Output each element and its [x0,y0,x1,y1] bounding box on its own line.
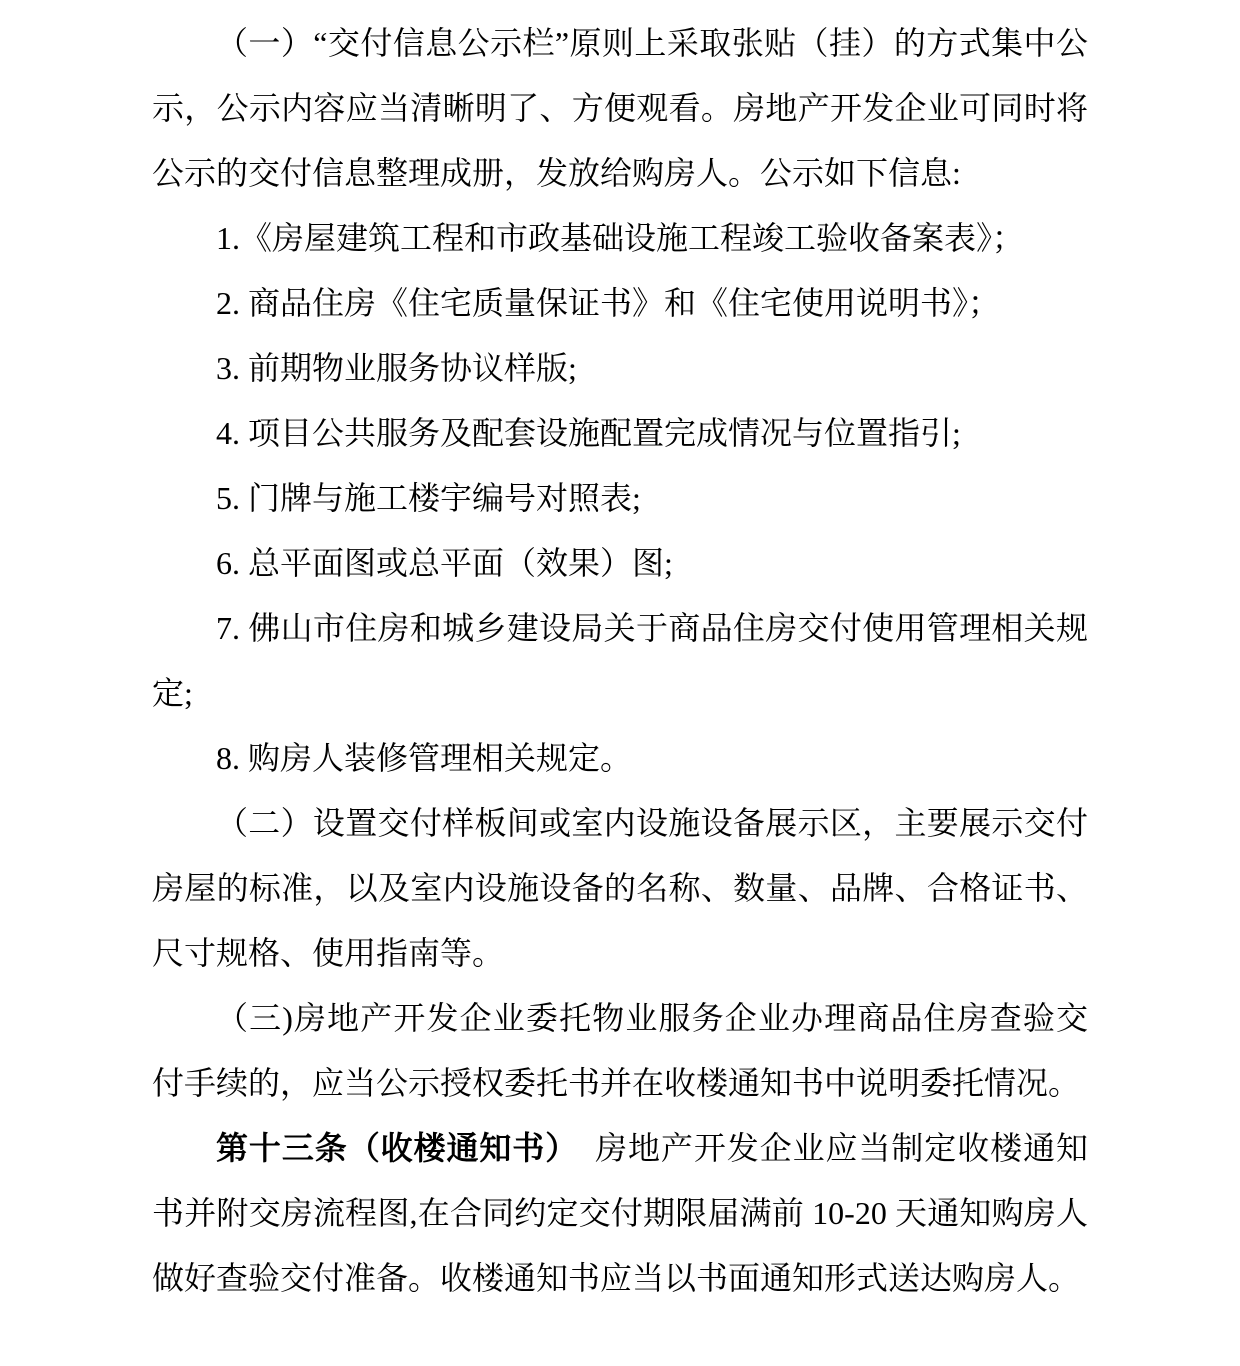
list-item-3: 3. 前期物业服务协议样版; [152,336,1088,401]
paragraph-section-1-intro: （一）“交付信息公示栏”原则上采取张贴（挂）的方式集中公示，公示内容应当清晰明了… [152,11,1088,206]
list-item-4: 4. 项目公共服务及配套设施配置完成情况与位置指引; [152,401,1088,466]
paragraph-section-2: （二）设置交付样板间或室内设施设备展示区，主要展示交付房屋的标准，以及室内设施设… [152,791,1088,986]
paragraph-article-13: 第十三条（收楼通知书） 房地产开发企业应当制定收楼通知书并附交房流程图,在合同约… [152,1116,1088,1311]
list-item-5: 5. 门牌与施工楼宇编号对照表; [152,466,1088,531]
list-item-8: 8. 购房人装修管理相关规定。 [152,726,1088,791]
list-item-2: 2. 商品住房《住宅质量保证书》和《住宅使用说明书》； [152,271,1088,336]
paragraph-section-3: （三)房地产开发企业委托物业服务企业办理商品住房查验交付手续的，应当公示授权委托… [152,986,1088,1116]
document-content: （一）“交付信息公示栏”原则上采取张贴（挂）的方式集中公示，公示内容应当清晰明了… [152,11,1088,1311]
list-item-1: 1.《房屋建筑工程和市政基础设施工程竣工验收备案表》； [152,206,1088,271]
document-page: （一）“交付信息公示栏”原则上采取张贴（挂）的方式集中公示，公示内容应当清晰明了… [0,0,1240,1366]
list-item-7: 7. 佛山市住房和城乡建设局关于商品住房交付使用管理相关规定; [152,596,1088,726]
list-item-6: 6. 总平面图或总平面（效果）图; [152,531,1088,596]
article-13-heading: 第十三条（收楼通知书） [216,1130,562,1166]
